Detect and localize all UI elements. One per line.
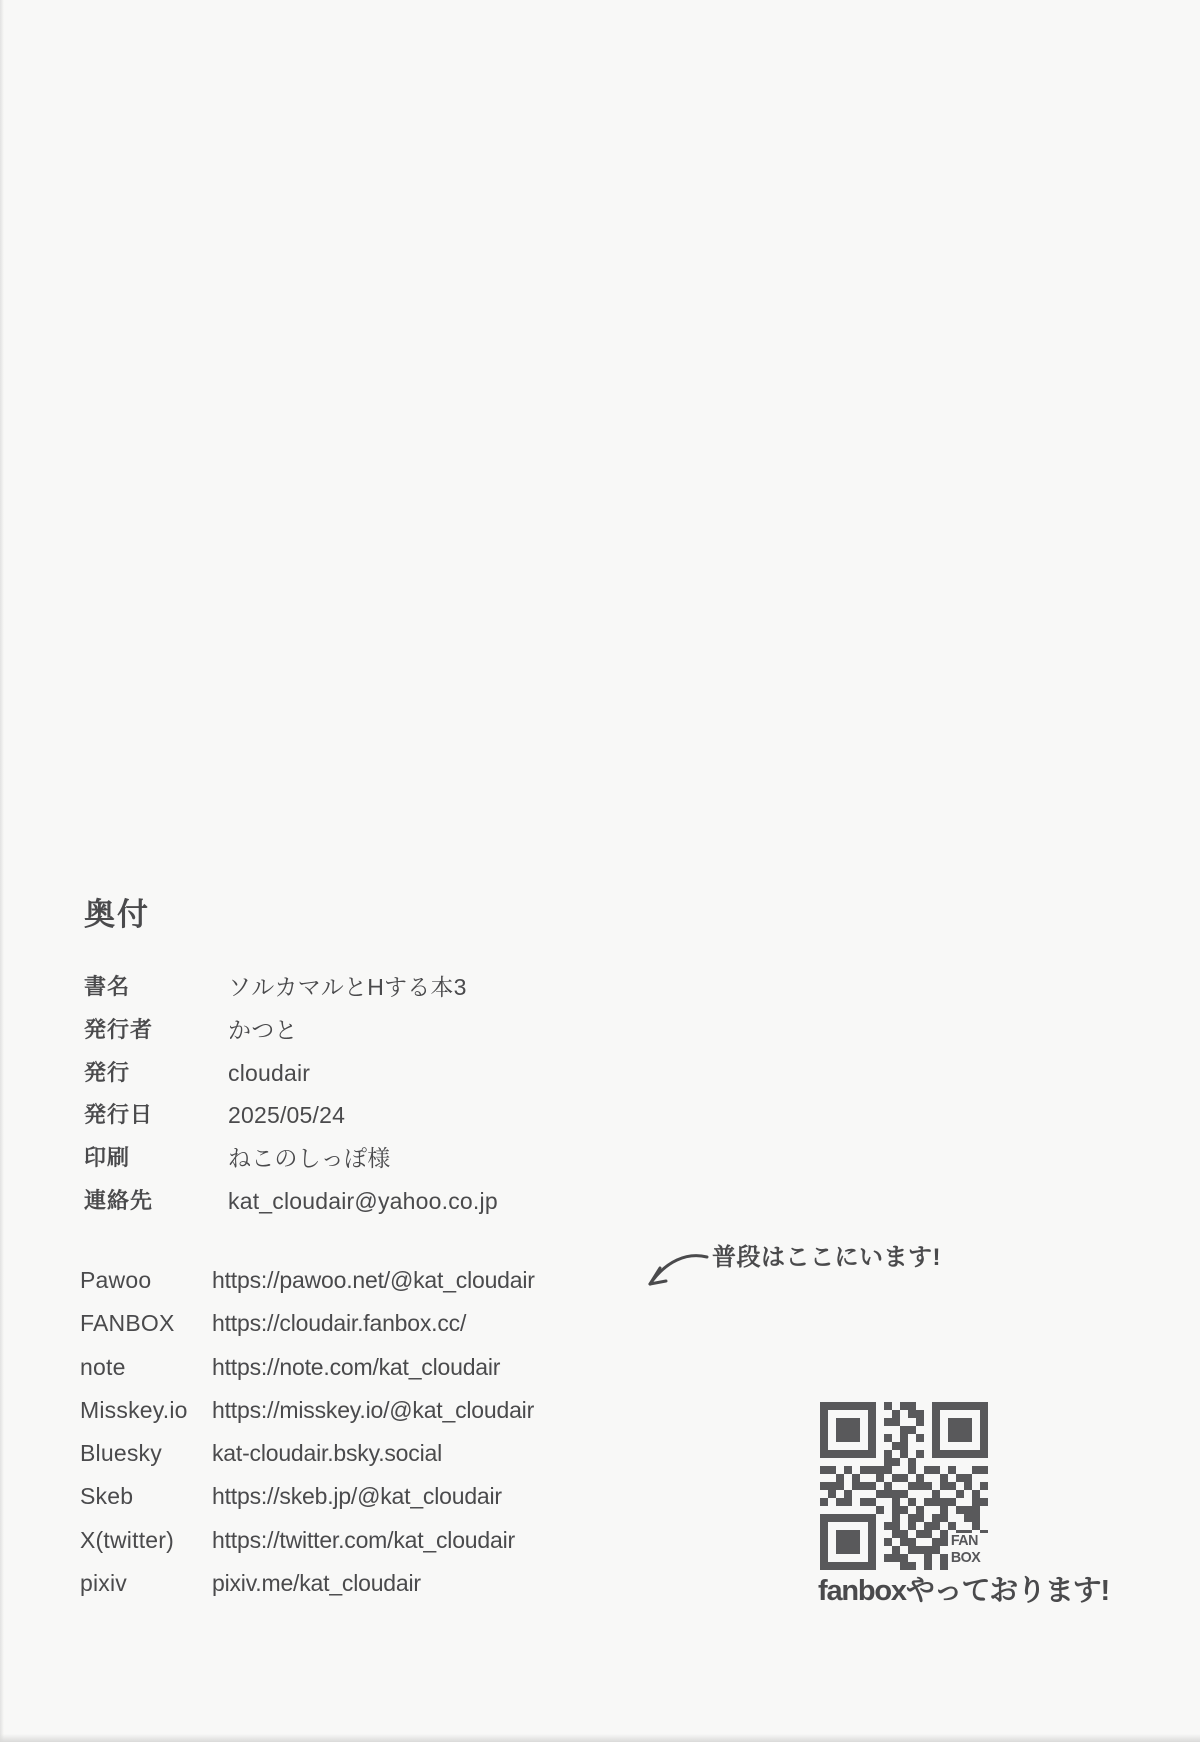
- link-url: https://cloudair.fanbox.cc/: [212, 1309, 466, 1338]
- link-row-bluesky: Bluesky kat-cloudair.bsky.social: [80, 1439, 780, 1482]
- scan-edge-left: [0, 0, 4, 1742]
- link-label: pixiv: [80, 1569, 212, 1598]
- colophon-label: 印刷: [84, 1144, 228, 1172]
- link-row-skeb: Skeb https://skeb.jp/@kat_cloudair: [80, 1482, 780, 1525]
- link-row-misskey: Misskey.io https://misskey.io/@kat_cloud…: [80, 1396, 780, 1439]
- link-url: https://note.com/kat_cloudair: [212, 1353, 500, 1382]
- page-title: 奥付: [84, 897, 150, 933]
- colophon-row-printer: 印刷 ねこのしっぽ様: [84, 1144, 784, 1187]
- social-links-list: Pawoo https://pawoo.net/@kat_cloudair FA…: [80, 1266, 780, 1612]
- scan-edge-bottom: [0, 1734, 1200, 1742]
- fanbox-qr-code: FAN BOX: [820, 1402, 988, 1570]
- link-label: Bluesky: [80, 1439, 212, 1468]
- colophon-value: かつと: [228, 1016, 298, 1044]
- colophon-value: ソルカマルとHする本3: [228, 973, 467, 1001]
- colophon-row-date: 発行日 2025/05/24: [84, 1101, 784, 1144]
- colophon-value: 2025/05/24: [228, 1101, 345, 1129]
- link-label: X(twitter): [80, 1526, 212, 1555]
- link-url: https://misskey.io/@kat_cloudair: [212, 1396, 534, 1425]
- link-row-fanbox: FANBOX https://cloudair.fanbox.cc/: [80, 1309, 780, 1352]
- link-row-pawoo: Pawoo https://pawoo.net/@kat_cloudair: [80, 1266, 780, 1309]
- fanbox-logo: FAN BOX: [948, 1533, 990, 1570]
- link-row-twitter: X(twitter) https://twitter.com/kat_cloud…: [80, 1526, 780, 1569]
- colophon-row-author: 発行者 かつと: [84, 1016, 784, 1059]
- qr-caption: fanboxやっております!: [818, 1574, 1109, 1608]
- fanbox-logo-line1: FAN: [951, 1533, 990, 1550]
- link-url: https://twitter.com/kat_cloudair: [212, 1526, 515, 1555]
- link-label: FANBOX: [80, 1309, 212, 1338]
- link-label: note: [80, 1353, 212, 1382]
- colophon-value: ねこのしっぽ様: [228, 1144, 390, 1172]
- colophon-label: 発行者: [84, 1016, 228, 1044]
- link-label: Skeb: [80, 1482, 212, 1511]
- link-url: pixiv.me/kat_cloudair: [212, 1569, 421, 1598]
- link-label: Misskey.io: [80, 1396, 212, 1425]
- link-url: https://pawoo.net/@kat_cloudair: [212, 1266, 535, 1295]
- colophon-label: 発行日: [84, 1101, 228, 1129]
- link-url: kat-cloudair.bsky.social: [212, 1439, 442, 1468]
- colophon-value: cloudair: [228, 1059, 310, 1087]
- link-row-note: note https://note.com/kat_cloudair: [80, 1353, 780, 1396]
- colophon-row-publisher: 発行 cloudair: [84, 1059, 784, 1102]
- link-row-pixiv: pixiv pixiv.me/kat_cloudair: [80, 1569, 780, 1612]
- fanbox-logo-line2: BOX: [951, 1550, 990, 1567]
- colophon-page: 奥付 書名 ソルカマルとHする本3 発行者 かつと 発行 cloudair 発行…: [0, 0, 1200, 1742]
- colophon-value: kat_cloudair@yahoo.co.jp: [228, 1187, 498, 1215]
- link-url: https://skeb.jp/@kat_cloudair: [212, 1482, 502, 1511]
- colophon-label: 発行: [84, 1059, 228, 1087]
- colophon-table: 書名 ソルカマルとHする本3 発行者 かつと 発行 cloudair 発行日 2…: [84, 973, 784, 1230]
- colophon-label: 連絡先: [84, 1187, 228, 1215]
- colophon-row-contact: 連絡先 kat_cloudair@yahoo.co.jp: [84, 1187, 784, 1230]
- link-label: Pawoo: [80, 1266, 212, 1295]
- colophon-label: 書名: [84, 973, 228, 1001]
- colophon-row-title: 書名 ソルカマルとHする本3: [84, 973, 784, 1016]
